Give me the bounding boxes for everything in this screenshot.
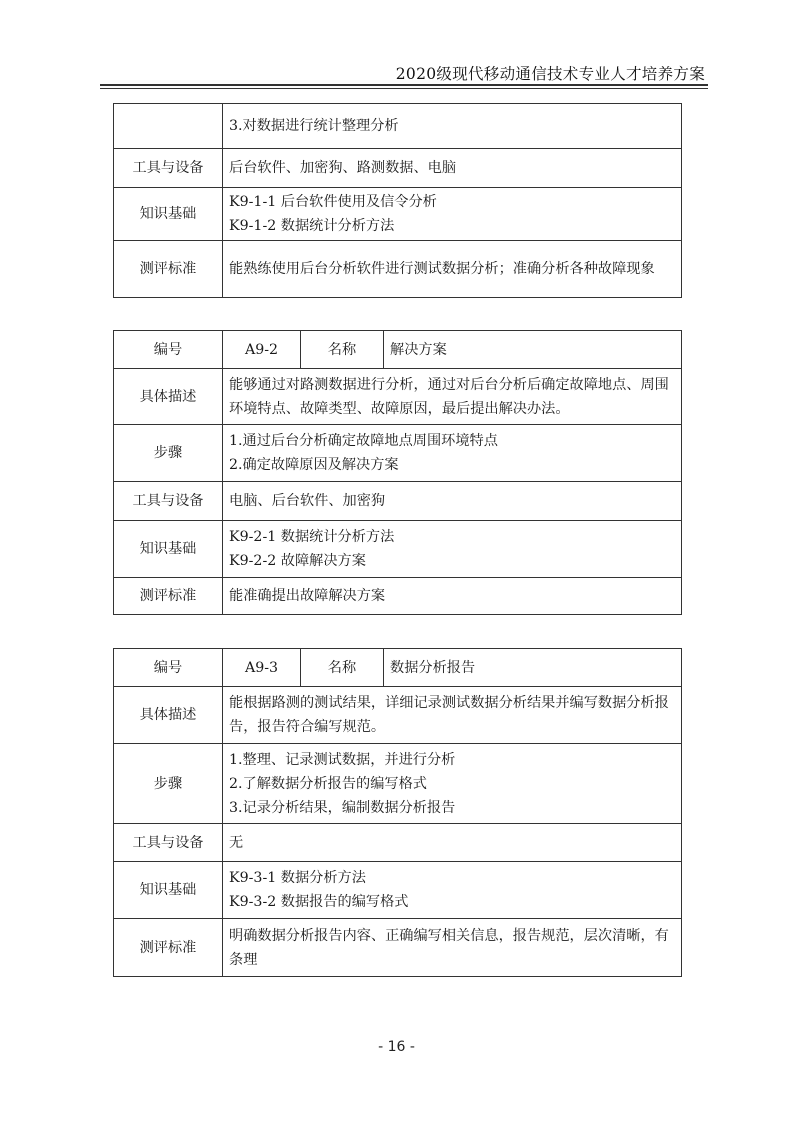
row-value: 1.整理、记录测试数据，并进行分析 2.了解数据分析报告的编写格式 3.记录分析…	[223, 744, 682, 824]
row-value: 后台软件、加密狗、路测数据、电脑	[223, 149, 682, 188]
table-row: 测评标准 能准确提出故障解决方案	[114, 578, 682, 615]
tools-line: 电脑、后台软件、加密狗	[229, 489, 675, 513]
table-header-row: 编号 A9-3 名称 数据分析报告	[114, 649, 682, 687]
table-row: 工具与设备 电脑、后台软件、加密狗	[114, 482, 682, 521]
name-value: 数据分析报告	[384, 649, 682, 687]
task-table-a9-3: 编号 A9-3 名称 数据分析报告 具体描述 能根据路测的测试结果，详细记录测试…	[113, 648, 682, 977]
table-row: 知识基础 K9-1-1 后台软件使用及信令分析 K9-1-2 数据统计分析方法	[114, 188, 682, 241]
id-label: 编号	[114, 649, 223, 687]
criteria-line: 能准确提出故障解决方案	[229, 584, 675, 608]
table-row: 3.对数据进行统计整理分析	[114, 104, 682, 149]
description-text: 能根据路测的测试结果，详细记录测试数据分析结果并编写数据分析报告，报告符合编写规…	[229, 691, 675, 739]
knowledge-line: K9-1-2 数据统计分析方法	[229, 214, 675, 238]
row-label: 工具与设备	[114, 824, 223, 862]
row-value: 能够通过对路测数据进行分析，通过对后台分析后确定故障地点、周围环境特点、故障类型…	[223, 369, 682, 425]
row-value: 能根据路测的测试结果，详细记录测试数据分析结果并编写数据分析报告，报告符合编写规…	[223, 687, 682, 744]
criteria-text: 明确数据分析报告内容、正确编写相关信息，报告规范，层次清晰，有条理	[229, 924, 675, 972]
step-line: 3.对数据进行统计整理分析	[229, 114, 675, 138]
row-value: 明确数据分析报告内容、正确编写相关信息，报告规范，层次清晰，有条理	[223, 919, 682, 977]
row-value: 无	[223, 824, 682, 862]
knowledge-line: K9-3-2 数据报告的编写格式	[229, 890, 675, 914]
knowledge-line: K9-3-1 数据分析方法	[229, 866, 675, 890]
table-row: 步骤 1.通过后台分析确定故障地点周围环境特点 2.确定故障原因及解决方案	[114, 425, 682, 482]
row-label: 工具与设备	[114, 482, 223, 521]
row-label	[114, 104, 223, 149]
tools-line: 后台软件、加密狗、路测数据、电脑	[229, 156, 675, 180]
task-table-a9-1-continued: 3.对数据进行统计整理分析 工具与设备 后台软件、加密狗、路测数据、电脑 知识基…	[113, 103, 682, 298]
row-label: 具体描述	[114, 687, 223, 744]
row-label: 知识基础	[114, 862, 223, 919]
row-label: 具体描述	[114, 369, 223, 425]
name-value: 解决方案	[384, 331, 682, 369]
table-row: 工具与设备 无	[114, 824, 682, 862]
row-value: K9-3-1 数据分析方法 K9-3-2 数据报告的编写格式	[223, 862, 682, 919]
table-row: 测评标准 明确数据分析报告内容、正确编写相关信息，报告规范，层次清晰，有条理	[114, 919, 682, 977]
row-label: 工具与设备	[114, 149, 223, 188]
row-value: 1.通过后台分析确定故障地点周围环境特点 2.确定故障原因及解决方案	[223, 425, 682, 482]
knowledge-line: K9-2-2 故障解决方案	[229, 549, 675, 573]
table-header-row: 编号 A9-2 名称 解决方案	[114, 331, 682, 369]
step-line: 3.记录分析结果，编制数据分析报告	[229, 796, 675, 820]
id-value: A9-2	[223, 331, 301, 369]
name-label: 名称	[301, 649, 384, 687]
tools-line: 无	[229, 831, 675, 855]
id-value: A9-3	[223, 649, 301, 687]
table-row: 具体描述 能够通过对路测数据进行分析，通过对后台分析后确定故障地点、周围环境特点…	[114, 369, 682, 425]
name-label: 名称	[301, 331, 384, 369]
step-line: 2.确定故障原因及解决方案	[229, 453, 675, 477]
table-row: 知识基础 K9-3-1 数据分析方法 K9-3-2 数据报告的编写格式	[114, 862, 682, 919]
row-value: K9-1-1 后台软件使用及信令分析 K9-1-2 数据统计分析方法	[223, 188, 682, 241]
row-label: 测评标准	[114, 241, 223, 298]
row-label: 知识基础	[114, 188, 223, 241]
step-line: 1.整理、记录测试数据，并进行分析	[229, 748, 675, 772]
row-label: 知识基础	[114, 521, 223, 578]
table-row: 测评标准 能熟练使用后台分析软件进行测试数据分析；准确分析各种故障现象	[114, 241, 682, 298]
knowledge-line: K9-2-1 数据统计分析方法	[229, 525, 675, 549]
step-line: 2.了解数据分析报告的编写格式	[229, 772, 675, 796]
id-label: 编号	[114, 331, 223, 369]
row-value: K9-2-1 数据统计分析方法 K9-2-2 故障解决方案	[223, 521, 682, 578]
page-number: - 16 -	[0, 1039, 793, 1055]
table-row: 步骤 1.整理、记录测试数据，并进行分析 2.了解数据分析报告的编写格式 3.记…	[114, 744, 682, 824]
row-value: 3.对数据进行统计整理分析	[223, 104, 682, 149]
criteria-text: 能熟练使用后台分析软件进行测试数据分析；准确分析各种故障现象	[229, 257, 675, 281]
table-row: 工具与设备 后台软件、加密狗、路测数据、电脑	[114, 149, 682, 188]
knowledge-line: K9-1-1 后台软件使用及信令分析	[229, 190, 675, 214]
row-label: 步骤	[114, 744, 223, 824]
row-label: 测评标准	[114, 578, 223, 615]
row-label: 步骤	[114, 425, 223, 482]
table-row: 知识基础 K9-2-1 数据统计分析方法 K9-2-2 故障解决方案	[114, 521, 682, 578]
document-header-title: 2020级现代移动通信技术专业人才培养方案	[396, 62, 705, 84]
row-value: 能准确提出故障解决方案	[223, 578, 682, 615]
task-table-a9-2: 编号 A9-2 名称 解决方案 具体描述 能够通过对路测数据进行分析，通过对后台…	[113, 330, 682, 615]
step-line: 1.通过后台分析确定故障地点周围环境特点	[229, 429, 675, 453]
row-value: 能熟练使用后台分析软件进行测试数据分析；准确分析各种故障现象	[223, 241, 682, 298]
header-divider	[100, 84, 708, 89]
row-label: 测评标准	[114, 919, 223, 977]
table-row: 具体描述 能根据路测的测试结果，详细记录测试数据分析结果并编写数据分析报告，报告…	[114, 687, 682, 744]
row-value: 电脑、后台软件、加密狗	[223, 482, 682, 521]
description-text: 能够通过对路测数据进行分析，通过对后台分析后确定故障地点、周围环境特点、故障类型…	[229, 373, 675, 421]
